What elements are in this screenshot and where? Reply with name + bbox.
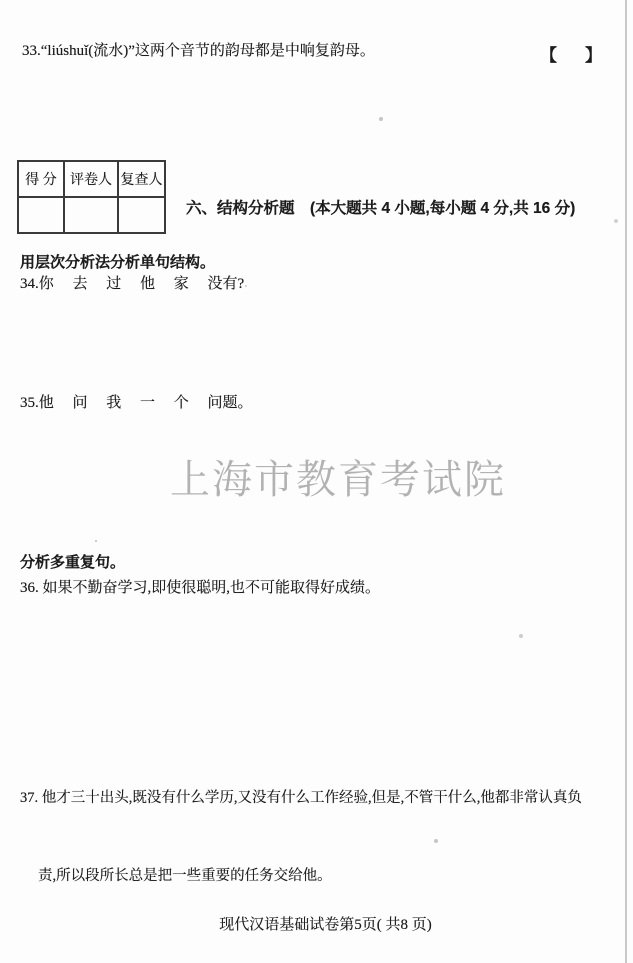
score-table-header-grader: 评卷人: [64, 161, 118, 197]
question-37: 37. 他才三十出头,既没有什么学历,又没有什么工作经验,但是,不管干什么,他都…: [20, 733, 582, 941]
instruction-single-sentence: 用层次分析法分析单句结构。: [20, 251, 215, 272]
watermark: 上海市教育考试院: [170, 448, 506, 505]
score-table: 得 分 评卷人 复查人: [17, 160, 166, 234]
exam-page: 33.“liúshuǐ(流水)”这两个音节的韵母都是中响复韵母。 【 】 得 分…: [0, 0, 633, 963]
answer-brackets: 【 】: [540, 41, 602, 66]
score-table-header-row: 得 分 评卷人 复查人: [18, 161, 165, 197]
question-33: 33.“liúshuǐ(流水)”这两个音节的韵母都是中响复韵母。: [22, 41, 375, 61]
score-table-empty-row: [18, 197, 165, 233]
question-37-line-1: 37. 他才三十出头,既没有什么学历,又没有什么工作经验,但是,不管干什么,他都…: [20, 785, 582, 811]
score-table-cell-reviewer: [118, 197, 165, 233]
question-34: 34.你 去 过 他 家 没有?: [20, 272, 244, 293]
scan-artifact-line: [625, 0, 627, 963]
bracket-right-icon: 】: [585, 41, 602, 66]
question-36: 36. 如果不勤奋学习,即使很聪明,也不可能取得好成绩。: [20, 576, 380, 597]
score-table-header-score: 得 分: [18, 161, 64, 197]
section-six-title: 六、结构分析题 (本大题共 4 小题,每小题 4 分,共 16 分): [186, 196, 575, 218]
page-footer: 现代汉语基础试卷第5页( 共8 页): [0, 913, 633, 934]
score-table-cell-score: [18, 197, 64, 233]
scan-speckles: [95, 540, 97, 542]
instruction-compound-sentence: 分析多重复句。: [20, 551, 125, 572]
score-table-cell-grader: [64, 197, 118, 233]
question-33-text: 33.“liúshuǐ(流水)”这两个音节的韵母都是中响复韵母。: [22, 43, 375, 59]
score-table-header-reviewer: 复查人: [118, 161, 165, 197]
question-35: 35.他 问 我 一 个 问题。: [20, 391, 253, 412]
bracket-left-icon: 【: [540, 41, 557, 66]
question-37-line-2: 责,所以段所长总是把一些重要的任务交给他。: [20, 863, 582, 889]
